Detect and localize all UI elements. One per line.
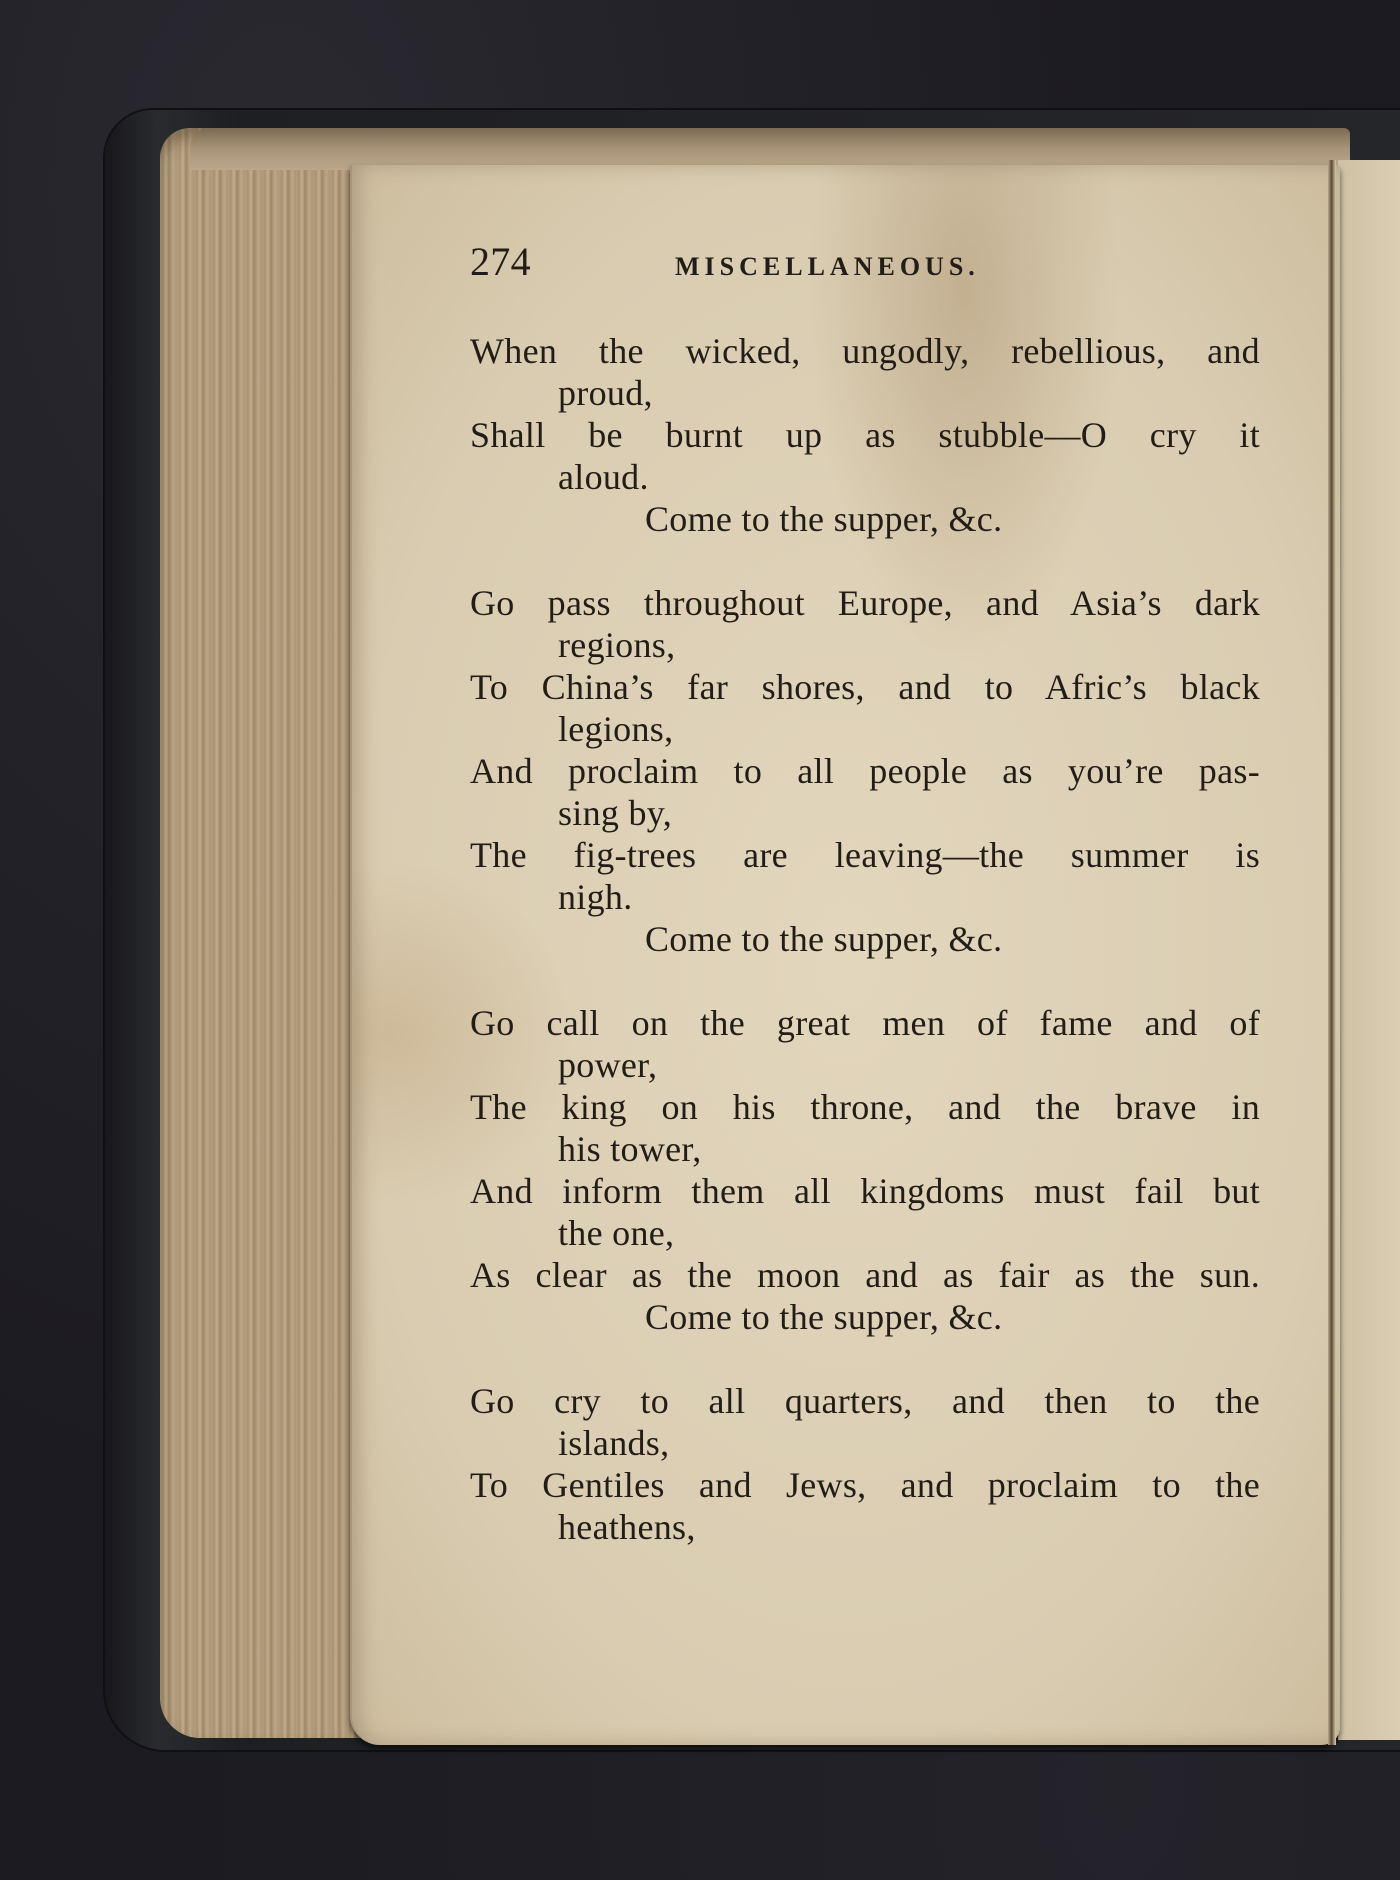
facing-page [1338,160,1400,1740]
verse-line: When the wicked, ungodly, rebellious, an… [470,330,1260,372]
page-content: 274 MISCELLANEOUS. When the wicked, ungo… [470,238,1260,1548]
verse-line-continuation: the one, [470,1212,1260,1254]
running-head: 274 MISCELLANEOUS. [470,238,1260,294]
verse-line: And proclaim to all people as you’re pas… [470,750,1260,792]
verse-line: As clear as the moon and as fair as the … [470,1254,1260,1296]
verse-line: Go call on the great men of fame and of [470,1002,1260,1044]
verse-line: Go pass throughout Europe, and Asia’s da… [470,582,1260,624]
verse-line: Go cry to all quarters, and then to the [470,1380,1260,1422]
refrain-line: Come to the supper, &c. [470,918,1260,960]
verse-line-continuation: regions, [470,624,1260,666]
refrain-line: Come to the supper, &c. [470,498,1260,540]
verse-line-continuation: sing by, [470,792,1260,834]
verse-line-continuation: islands, [470,1422,1260,1464]
book-gutter [1328,160,1336,1745]
page-fore-edge [160,128,360,1738]
section-title: MISCELLANEOUS. [675,252,980,282]
stanza: Go cry to all quarters, and then to the … [470,1380,1260,1548]
stanza: Go pass throughout Europe, and Asia’s da… [470,582,1260,960]
verse-line-continuation: power, [470,1044,1260,1086]
verse-line: Shall be burnt up as stubble—O cry it [470,414,1260,456]
verse-line: To China’s far shores, and to Afric’s bl… [470,666,1260,708]
refrain-line: Come to the supper, &c. [470,1296,1260,1338]
verse-line-continuation: nigh. [470,876,1260,918]
page-number: 274 [470,238,675,285]
verse-line-continuation: aloud. [470,456,1260,498]
verse-line-continuation: proud, [470,372,1260,414]
verse-line: The king on his throne, and the brave in [470,1086,1260,1128]
page-top-edge [190,128,1350,170]
verse-line-continuation: his tower, [470,1128,1260,1170]
stanza: Go call on the great men of fame and of … [470,1002,1260,1338]
verse-line: To Gentiles and Jews, and proclaim to th… [470,1464,1260,1506]
stanza: When the wicked, ungodly, rebellious, an… [470,330,1260,540]
verse-line: The fig-trees are leaving—the summer is [470,834,1260,876]
verse-line-continuation: legions, [470,708,1260,750]
verse-line-continuation: heathens, [470,1506,1260,1548]
verse-line: And inform them all kingdoms must fail b… [470,1170,1260,1212]
